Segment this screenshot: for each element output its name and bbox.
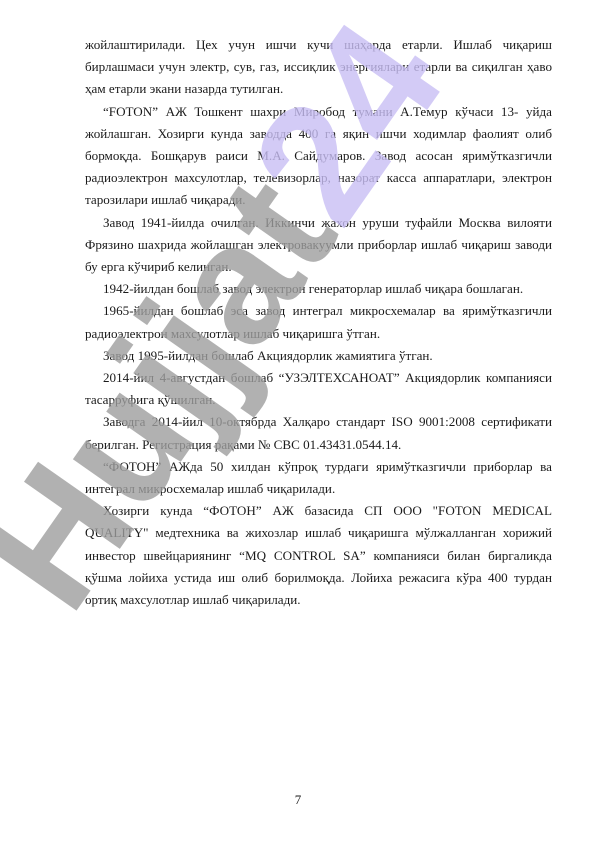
paragraph: Завод 1941-йилда очилган. Иккинчи жахон … (85, 212, 552, 279)
paragraph: “FOTON” АЖ Тошкент шахри Миробод тумани … (85, 101, 552, 212)
paragraph: 1965-йилдан бошлаб эса завод интеграл ми… (85, 300, 552, 344)
paragraph: Заводга 2014-йил 10-октябрда Халқаро ста… (85, 411, 552, 455)
paragraph: Завод 1995-йилдан бошлаб Акциядорлик жам… (85, 345, 552, 367)
paragraph: Хозирги кунда “ФОТОН” АЖ базасида СП ООО… (85, 500, 552, 611)
paragraph: 1942-йилдан бошлаб завод электрон генера… (85, 278, 552, 300)
document-body: жойлаштирилади. Цех учун ишчи кучи шаҳар… (85, 34, 552, 611)
paragraph: жойлаштирилади. Цех учун ишчи кучи шаҳар… (85, 34, 552, 101)
page-number: 7 (0, 792, 596, 808)
document-page: жойлаштирилади. Цех учун ишчи кучи шаҳар… (0, 0, 596, 842)
paragraph: 2014-йил 4-августдан бошлаб “УЗЭЛТЕХСАНО… (85, 367, 552, 411)
paragraph: “ФОТОН” АЖда 50 хилдан кўпроқ турдаги яр… (85, 456, 552, 500)
